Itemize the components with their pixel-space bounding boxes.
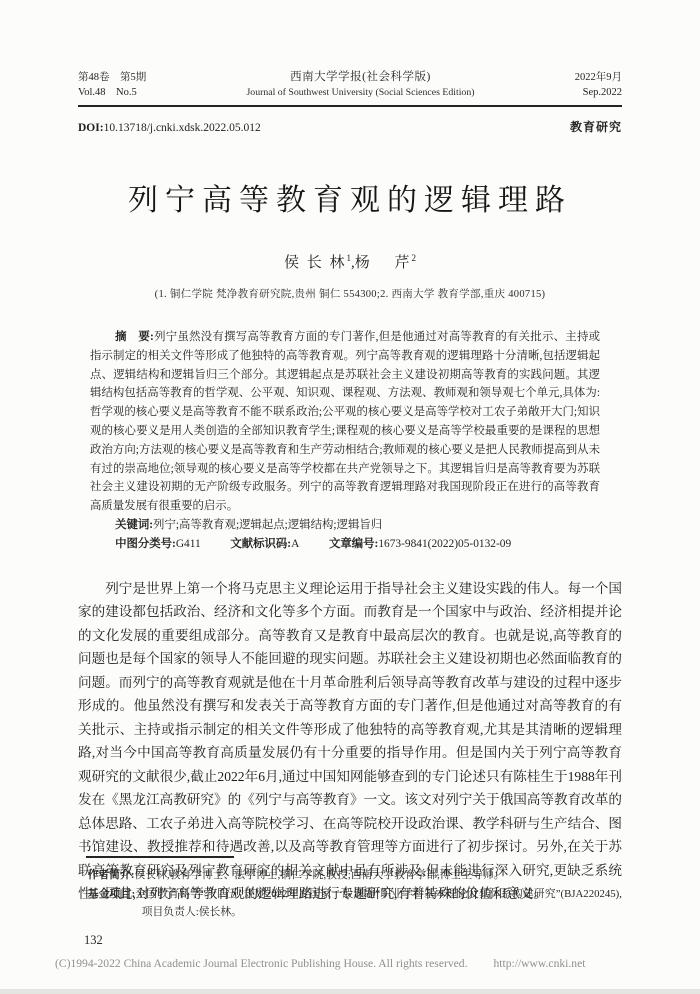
issue-date: 2022年9月 Sep.2022 [575,70,622,100]
article-id-value: 1673-9841(2022)05-0132-09 [378,538,511,550]
fund-text: 全国教育科学“十四五”规划2022年度国家一般课题“职业学科基本理论及其体系构建… [135,888,622,919]
abstract-label: 摘 要: [115,331,154,343]
journal-masthead: 第48卷 第5期 Vol.48 No.5 西南大学学报(社会科学版) Journ… [78,0,622,107]
keywords-line: 关键词:列宁;高等教育观;逻辑起点;逻辑结构;逻辑旨归 [90,516,600,535]
issue-date-en: Sep.2022 [575,85,622,100]
clc-label: 中图分类号: [115,538,176,550]
fund-label: 基金项目: [88,888,135,900]
abstract-block: 摘 要:列宁虽然没有撰写高等教育方面的专门著作,但是他通过对高等教育的有关批示、… [90,328,600,554]
footnote-block: 作者简介:侯长林,教育学博士、法学博士,铜仁学院,教授;西南大学教育学部,博士生… [78,856,622,922]
column-name: 教育研究 [570,118,622,135]
fund-line: 基金项目:全国教育科学“十四五”规划2022年度国家一般课题“职业学科基本理论及… [88,885,622,922]
keywords-label: 关键词: [115,519,153,531]
author-2: 杨 芹 [355,255,412,271]
article-id-segment: 文章编号:1673-9841(2022)05-0132-09 [329,538,511,550]
scan-bottom-edge [0,989,700,994]
copyright-line: (C)1994-2022 China Academic Journal Elec… [55,957,660,970]
doi-value: 10.13718/j.cnki.xdsk.2022.05.012 [104,122,261,134]
issue-date-cn: 2022年9月 [575,70,622,85]
journal-name: 西南大学学报(社会科学版) Journal of Southwest Unive… [146,70,575,100]
author-bio-text: 侯长林,教育学博士、法学博士,铜仁学院,教授;西南大学教育学部,博士生导师。 [135,869,505,881]
doc-code-segment: 文献标识码:A [230,538,299,550]
abstract-text: 列宁虽然没有撰写高等教育方面的专门著作,但是他通过对高等教育的有关批示、主持或指… [90,331,600,512]
copyright-text: (C)1994-2022 China Academic Journal Elec… [55,957,467,970]
volume-cn: 第48卷 第5期 [78,70,146,85]
journal-name-en: Journal of Southwest University (Social … [146,85,575,100]
doi-label: DOI: [78,122,104,134]
author-bio-label: 作者简介: [88,869,135,881]
classification-line: 中图分类号:G411文献标识码:A文章编号:1673-9841(2022)05-… [90,535,600,554]
doi: DOI:10.13718/j.cnki.xdsk.2022.05.012 [78,122,261,134]
abstract-paragraph: 摘 要:列宁虽然没有撰写高等教育方面的专门著作,但是他通过对高等教育的有关批示、… [90,328,600,516]
footnote-entries: 作者简介:侯长林,教育学博士、法学博士,铜仁学院,教授;西南大学教育学部,博士生… [78,866,622,922]
article-id-label: 文章编号: [329,538,378,550]
journal-name-cn: 西南大学学报(社会科学版) [146,70,575,85]
doc-code-value: A [291,538,299,550]
page-number: 132 [84,933,103,948]
doc-code-label: 文献标识码: [230,538,291,550]
clc-value: G411 [176,538,201,550]
volume-issue: 第48卷 第5期 Vol.48 No.5 [78,70,146,100]
author-1: 侯 长 林 [284,255,347,271]
clc-segment: 中图分类号:G411 [115,538,201,550]
volume-en: Vol.48 No.5 [78,85,146,100]
journal-paper-page: 第48卷 第5期 Vol.48 No.5 西南大学学报(社会科学版) Journ… [0,0,700,994]
doi-row: DOI:10.13718/j.cnki.xdsk.2022.05.012 教育研… [78,118,622,135]
footnote-rule [86,856,234,858]
author-2-affiliation-mark: 2 [412,253,417,263]
author-bio-line: 作者简介:侯长林,教育学博士、法学博士,铜仁学院,教授;西南大学教育学部,博士生… [88,866,622,885]
keywords-text: 列宁;高等教育观;逻辑起点;逻辑结构;逻辑旨归 [153,519,382,531]
page-content: 第48卷 第5期 Vol.48 No.5 西南大学学报(社会科学版) Journ… [78,0,622,906]
affiliation-line: (1. 铜仁学院 梵净教育研究院,贵州 铜仁 554300;2. 西南大学 教育… [78,286,622,301]
author-line: 侯 长 林1,杨 芹2 [78,251,622,272]
article-title: 列宁高等教育观的逻辑理路 [78,175,622,219]
copyright-url: http://www.cnki.net [493,957,585,970]
